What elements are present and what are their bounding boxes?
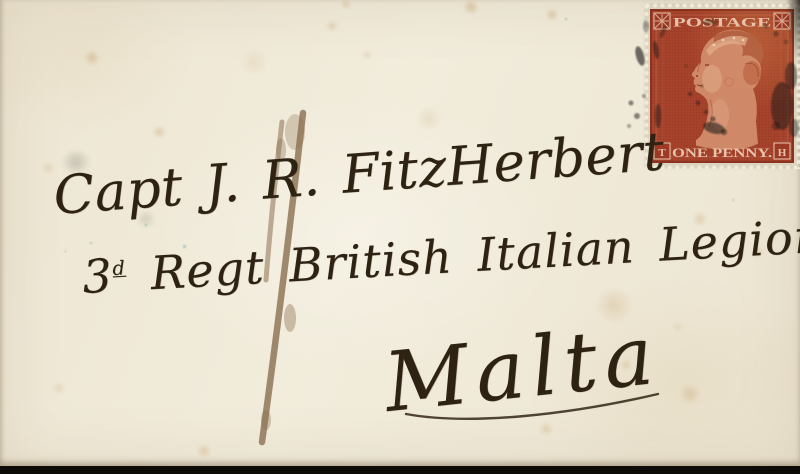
- foxing-spot: [238, 50, 270, 74]
- foxing-spot: [414, 108, 444, 130]
- foxing-spot: [52, 382, 66, 394]
- envelope-scan: POSTAGE ONE PENNY. T H: [0, 0, 800, 474]
- destination-underline: [392, 368, 672, 428]
- foxing-spot: [462, 0, 480, 14]
- ink-speck: [144, 223, 148, 227]
- ink-speck: [64, 250, 67, 253]
- ink-speck: [564, 17, 568, 21]
- regiment-ordinal: d: [112, 256, 127, 280]
- ink-speck: [89, 241, 93, 245]
- foxing-spot: [672, 322, 684, 332]
- foxing-spot: [340, 0, 352, 8]
- regiment-number: 3: [81, 248, 114, 304]
- foxing-spot: [678, 384, 702, 404]
- foxing-spot: [362, 50, 372, 60]
- envelope-front: POSTAGE ONE PENNY. T H: [0, 0, 800, 466]
- foxing-spot: [545, 8, 559, 21]
- scan-edge-bottom: [0, 466, 800, 474]
- regiment-text: Regt British Italian Legion: [149, 209, 800, 301]
- foxing-spot: [152, 125, 166, 139]
- foxing-spot: [326, 20, 338, 32]
- foxing-spot: [84, 50, 100, 66]
- foxing-spot: [196, 444, 212, 458]
- ink-speck: [731, 198, 735, 202]
- address-regiment: 3d Regt British Italian Legion: [81, 209, 800, 304]
- address-recipient: Capt J. R. FitzHerbert: [52, 121, 667, 227]
- scan-corner-shadow: [786, 0, 800, 62]
